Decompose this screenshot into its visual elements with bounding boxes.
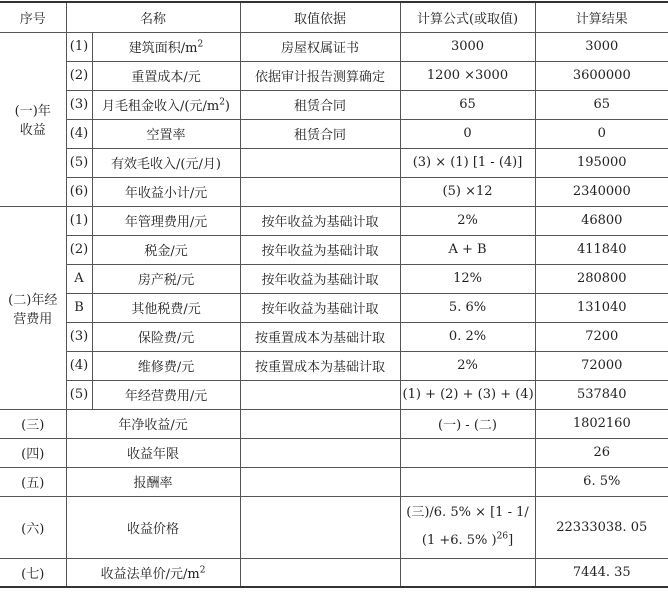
- item-basis: 房屋权属证书: [240, 32, 400, 61]
- item-name: 年经营费用/元: [92, 380, 240, 409]
- item-basis: 按重置成本为基础计取: [240, 351, 400, 380]
- item-name: 有效毛收入/(元/月): [92, 148, 240, 177]
- table-row: (二)年经 营费用 (1) 年管理费用/元 按年收益为基础计取 2% 46800: [0, 206, 668, 235]
- table-row-unit-price: (七) 收益法单价/元/m2 7444. 35: [0, 558, 668, 587]
- item-basis: [240, 496, 400, 558]
- item-basis: [240, 177, 400, 206]
- header-row: 序号 名称 取值依据 计算公式(或取值) 计算结果: [0, 2, 668, 32]
- item-name: 收益价格: [66, 496, 240, 558]
- item-basis: 按年收益为基础计取: [240, 206, 400, 235]
- item-name: 税金/元: [92, 235, 240, 264]
- group-label-annual-income: (一)年 收益: [0, 32, 66, 206]
- item-no: (6): [66, 177, 92, 206]
- formula-line: (1 +6. 5% )26]: [403, 527, 533, 555]
- table-row: A 房产税/元 按年收益为基础计取 12% 280800: [0, 264, 668, 293]
- item-no: A: [66, 264, 92, 293]
- item-result: 46800: [535, 206, 668, 235]
- header-seq: 序号: [0, 2, 66, 32]
- item-name: 月毛租金收入/(元/m2): [92, 90, 240, 119]
- item-name: 维修费/元: [92, 351, 240, 380]
- item-no: (4): [66, 119, 92, 148]
- table-row-net-income: (三) 年净收益/元 (一) - (二) 1802160: [0, 409, 668, 438]
- table-row: (5) 有效毛收入/(元/月) (3) × (1) [1 - (4)] 1950…: [0, 148, 668, 177]
- table-row: (3) 月毛租金收入/(元/m2) 租赁合同 65 65: [0, 90, 668, 119]
- group-label-line: (二)年经: [2, 289, 64, 308]
- item-name: 年管理费用/元: [92, 206, 240, 235]
- item-result: 22333038. 05: [535, 496, 668, 558]
- item-name: 收益法单价/元/m2: [66, 558, 240, 587]
- item-formula: 1200 ×3000: [400, 61, 535, 90]
- item-formula: (1) + (2) + (3) + (4): [400, 380, 535, 409]
- item-no: (1): [66, 32, 92, 61]
- item-basis: 按年收益为基础计取: [240, 293, 400, 322]
- group-label-annual-operating-expense: (二)年经 营费用: [0, 206, 66, 409]
- table-row: B 其他税费/元 按年收益为基础计取 5. 6% 131040: [0, 293, 668, 322]
- item-result: 3600000: [535, 61, 668, 90]
- item-result: 0: [535, 119, 668, 148]
- item-formula: [400, 467, 535, 496]
- item-basis: 租赁合同: [240, 119, 400, 148]
- item-no: (5): [66, 380, 92, 409]
- item-result: 26: [535, 438, 668, 467]
- item-no: (2): [66, 61, 92, 90]
- header-result: 计算结果: [535, 2, 668, 32]
- item-formula: (3) × (1) [1 - (4)]: [400, 148, 535, 177]
- item-result: 2340000: [535, 177, 668, 206]
- item-basis: [240, 409, 400, 438]
- formula-line: (三)/6. 5% × [1 - 1/: [403, 499, 533, 527]
- item-formula: 2%: [400, 351, 535, 380]
- item-basis: [240, 558, 400, 587]
- item-no: (三): [0, 409, 66, 438]
- table-row: (2) 重置成本/元 依据审计报告测算确定 1200 ×3000 3600000: [0, 61, 668, 90]
- item-result: 131040: [535, 293, 668, 322]
- item-name: 建筑面积/m2: [92, 32, 240, 61]
- item-basis: 按重置成本为基础计取: [240, 322, 400, 351]
- item-result: 1802160: [535, 409, 668, 438]
- table-row: (5) 年经营费用/元 (1) + (2) + (3) + (4) 537840: [0, 380, 668, 409]
- item-basis: [240, 438, 400, 467]
- item-name: 年净收益/元: [66, 409, 240, 438]
- item-name: 重置成本/元: [92, 61, 240, 90]
- item-name: 报酬率: [66, 467, 240, 496]
- table-row: (6) 年收益小计/元 (5) ×12 2340000: [0, 177, 668, 206]
- item-formula: 3000: [400, 32, 535, 61]
- item-formula: 65: [400, 90, 535, 119]
- item-result: 72000: [535, 351, 668, 380]
- item-basis: [240, 148, 400, 177]
- group-label-line: 收益: [2, 119, 64, 138]
- item-no: (1): [66, 206, 92, 235]
- item-result: 6. 5%: [535, 467, 668, 496]
- item-no: (3): [66, 322, 92, 351]
- item-name: 保险费/元: [92, 322, 240, 351]
- item-no: (七): [0, 558, 66, 587]
- item-result: 411840: [535, 235, 668, 264]
- table-row: (4) 维修费/元 按重置成本为基础计取 2% 72000: [0, 351, 668, 380]
- item-formula: (三)/6. 5% × [1 - 1/ (1 +6. 5% )26]: [400, 496, 535, 558]
- item-formula: 2%: [400, 206, 535, 235]
- header-basis: 取值依据: [240, 2, 400, 32]
- item-no: (3): [66, 90, 92, 119]
- item-no: (六): [0, 496, 66, 558]
- item-no: (五): [0, 467, 66, 496]
- item-formula: [400, 558, 535, 587]
- item-name: 年收益小计/元: [92, 177, 240, 206]
- item-name: 房产税/元: [92, 264, 240, 293]
- table-row-income-years: (四) 收益年限 26: [0, 438, 668, 467]
- item-result: 7444. 35: [535, 558, 668, 587]
- income-approach-valuation-table: 序号 名称 取值依据 计算公式(或取值) 计算结果 (一)年 收益 (1) 建筑…: [0, 1, 668, 588]
- item-result: 7200: [535, 322, 668, 351]
- group-label-line: 营费用: [2, 308, 64, 327]
- table-row: (2) 税金/元 按年收益为基础计取 A + B 411840: [0, 235, 668, 264]
- group-label-line: (一)年: [2, 100, 64, 119]
- table-row: (3) 保险费/元 按重置成本为基础计取 0. 2% 7200: [0, 322, 668, 351]
- table-row: (一)年 收益 (1) 建筑面积/m2 房屋权属证书 3000 3000: [0, 32, 668, 61]
- item-basis: 按年收益为基础计取: [240, 264, 400, 293]
- item-basis: [240, 380, 400, 409]
- item-formula: (5) ×12: [400, 177, 535, 206]
- item-formula: 5. 6%: [400, 293, 535, 322]
- table-row-return-rate: (五) 报酬率 6. 5%: [0, 467, 668, 496]
- header-formula: 计算公式(或取值): [400, 2, 535, 32]
- item-name: 收益年限: [66, 438, 240, 467]
- item-basis: 租赁合同: [240, 90, 400, 119]
- item-result: 3000: [535, 32, 668, 61]
- item-basis: 依据审计报告测算确定: [240, 61, 400, 90]
- table-row: (4) 空置率 租赁合同 0 0: [0, 119, 668, 148]
- item-no: (4): [66, 351, 92, 380]
- item-formula: 0. 2%: [400, 322, 535, 351]
- item-name: 空置率: [92, 119, 240, 148]
- item-no: (四): [0, 438, 66, 467]
- item-formula: (一) - (二): [400, 409, 535, 438]
- item-result: 65: [535, 90, 668, 119]
- item-formula: [400, 438, 535, 467]
- item-formula: A + B: [400, 235, 535, 264]
- item-basis: 按年收益为基础计取: [240, 235, 400, 264]
- item-formula: 0: [400, 119, 535, 148]
- item-no: B: [66, 293, 92, 322]
- item-result: 195000: [535, 148, 668, 177]
- item-basis: [240, 467, 400, 496]
- item-no: (5): [66, 148, 92, 177]
- table-row-income-price: (六) 收益价格 (三)/6. 5% × [1 - 1/ (1 +6. 5% )…: [0, 496, 668, 558]
- item-name: 其他税费/元: [92, 293, 240, 322]
- item-result: 280800: [535, 264, 668, 293]
- item-formula: 12%: [400, 264, 535, 293]
- item-no: (2): [66, 235, 92, 264]
- item-result: 537840: [535, 380, 668, 409]
- header-name: 名称: [66, 2, 240, 32]
